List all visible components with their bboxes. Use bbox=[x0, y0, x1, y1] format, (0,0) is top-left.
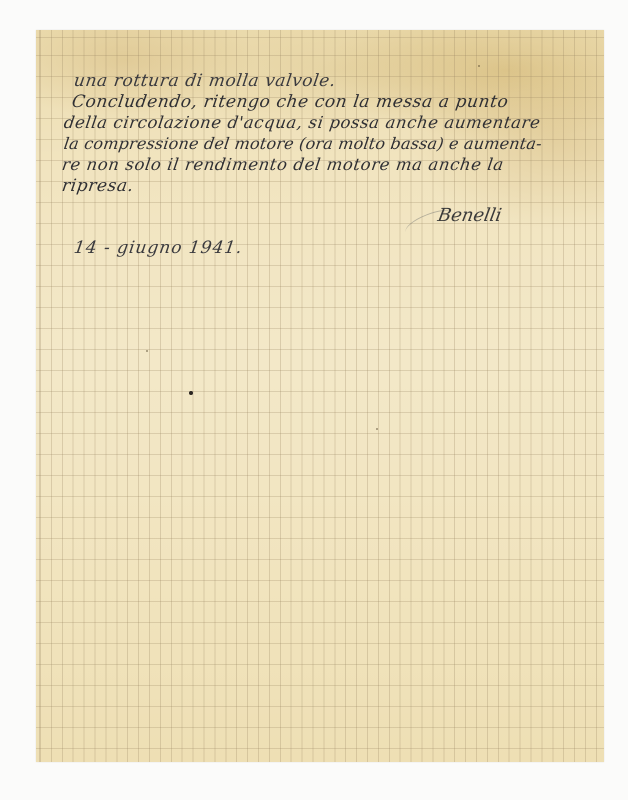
ink-dot bbox=[189, 391, 193, 395]
paper-speck bbox=[146, 350, 148, 352]
body-line-1: una rottura di molla valvole. bbox=[73, 71, 338, 91]
body-line-3: della circolazione d'acqua, si possa anc… bbox=[63, 113, 542, 132]
signature: Benelli bbox=[436, 205, 503, 226]
body-line-4: la compressione del motore (ora molto ba… bbox=[63, 134, 544, 153]
body-line-6: ripresa. bbox=[61, 176, 136, 196]
paper-speck bbox=[376, 428, 378, 430]
letter-date: 14 - giugno 1941. bbox=[73, 238, 244, 258]
body-line-5: re non solo il rendimento del motore ma … bbox=[61, 155, 505, 174]
body-line-2: Concludendo, ritengo che con la messa a … bbox=[71, 92, 510, 112]
letter-page: una rottura di molla valvole. Concludend… bbox=[36, 30, 604, 762]
paper-speck bbox=[478, 65, 480, 67]
